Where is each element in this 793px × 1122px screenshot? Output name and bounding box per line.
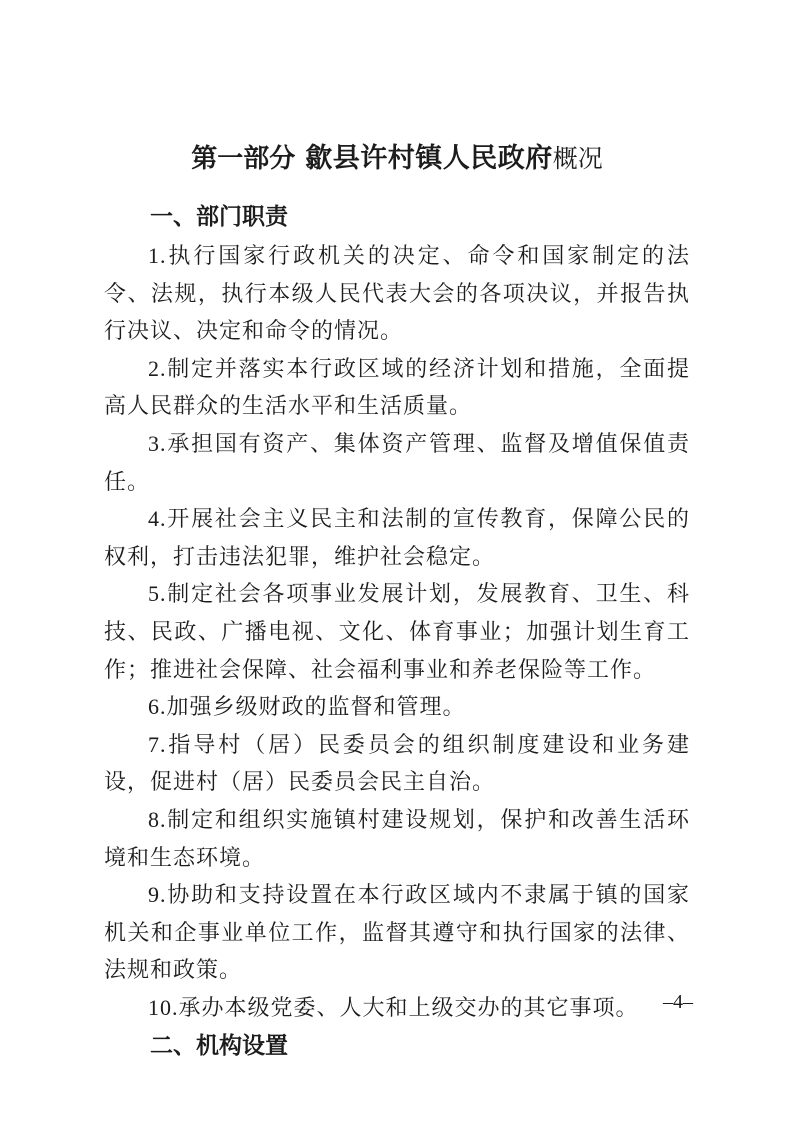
title-government-name: 歙县许村镇人民政府 xyxy=(305,143,553,173)
duty-paragraph-7: 7.指导村（居）民委员会的组织制度建设和业务建设，促进村（居）民委员会民主自治。 xyxy=(104,726,690,801)
duty-paragraph-8: 8.制定和组织实施镇村建设规划，保护和改善生活环境和生态环境。 xyxy=(104,801,690,876)
title-part-number: 第一部分 xyxy=(191,143,295,173)
duty-paragraph-3: 3.承担国有资产、集体资产管理、监督及增值保值责任。 xyxy=(104,425,690,500)
duty-paragraph-2: 2.制定并落实本行政区域的经济计划和措施，全面提高人民群众的生活水平和生活质量。 xyxy=(104,350,690,425)
section-heading-organization-setup: 二、机构设置 xyxy=(104,1030,690,1061)
page-title: 第一部分歙县许村镇人民政府概况 xyxy=(104,140,690,181)
duty-paragraph-1: 1.执行国家行政机关的决定、命令和国家制定的法令、法规，执行本级人民代表大会的各… xyxy=(104,237,690,350)
duty-paragraph-9: 9.协助和支持设置在本行政区域内不隶属于镇的国家机关和企事业单位工作，监督其遵守… xyxy=(104,876,690,989)
document-page: 第一部分歙县许村镇人民政府概况 一、部门职责 1.执行国家行政机关的决定、命令和… xyxy=(0,0,793,1122)
duty-paragraph-10: 10.承办本级党委、人大和上级交办的其它事项。 xyxy=(104,989,690,1027)
document-body: 第一部分歙县许村镇人民政府概况 一、部门职责 1.执行国家行政机关的决定、命令和… xyxy=(104,140,690,1061)
page-number: –4– xyxy=(663,991,693,1014)
duty-paragraph-6: 6.加强乡级财政的监督和管理。 xyxy=(104,688,690,726)
duty-paragraph-4: 4.开展社会主义民主和法制的宣传教育，保障公民的权利，打击违法犯罪，维护社会稳定… xyxy=(104,500,690,575)
duty-paragraph-5: 5.制定社会各项事业发展计划，发展教育、卫生、科技、民政、广播电视、文化、体育事… xyxy=(104,575,690,688)
section-heading-department-duties: 一、部门职责 xyxy=(104,201,690,232)
title-overview-suffix: 概况 xyxy=(553,145,603,173)
